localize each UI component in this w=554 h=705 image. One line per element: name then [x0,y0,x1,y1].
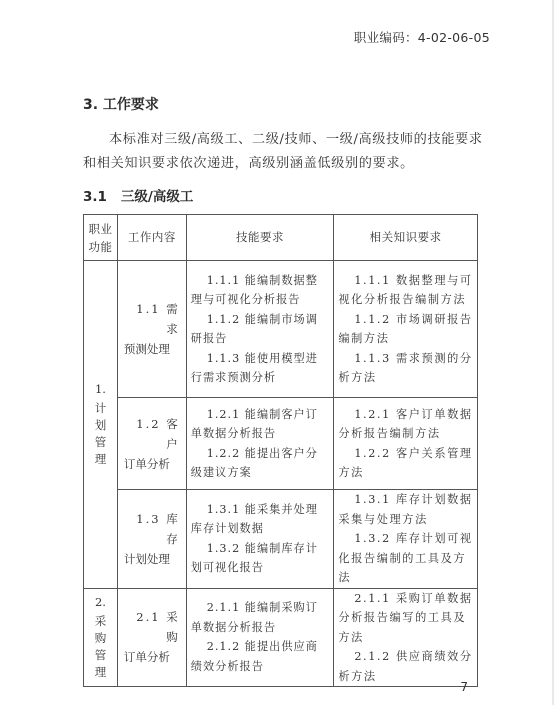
skill-item: 1.1.2 能编制市场调研报告 [191,310,330,349]
skills-cell: 1.2.1 能编制客户订单数据分析报告 1.2.2 能提出客户分级建议方案 [186,398,334,490]
knowledge-item: 1.3.1 库存计划数据采集与处理方法 [338,490,473,529]
knowledge-item: 1.2.1 客户订单数据分析报告编制方法 [338,405,473,444]
function-char: 管 [84,434,117,451]
requirements-table: 职业功能 工作内容 技能要求 相关知识要求 1. 计 划 管 理 1.1 需求 … [83,214,478,687]
table-row: 2. 采 购 管 理 2.1 采购 订单分析 2.1.1 能编制采购订单数据分析… [84,588,478,687]
knowledge-cell: 1.1.1 数据整理与可视化分析报告编制方法 1.1.2 市场调研报告编制方法 … [334,261,478,398]
work-content-cell: 1.2 客户 订单分析 [117,398,186,490]
table-header-row: 职业功能 工作内容 技能要求 相关知识要求 [84,215,478,261]
function-char: 管 [84,647,117,664]
function-char: 采 [84,613,117,630]
skill-item: 1.1.1 能编制数据整理与可视化分析报告 [191,271,330,310]
work-content-title: 1.2 客户 [124,414,180,454]
work-content-cell: 1.3 库存 计划处理 [117,490,186,589]
subsection-label: 三级/高级工 [121,189,193,205]
function-char: 购 [84,630,117,647]
work-content-title-rest: 订单分析 [124,454,180,474]
knowledge-cell: 1.2.1 客户订单数据分析报告编制方法 1.2.2 客户关系管理方法 [334,398,478,490]
skill-item: 1.1.3 能使用模型进行需求预测分析 [191,349,330,388]
knowledge-cell: 1.3.1 库存计划数据采集与处理方法 1.3.2 库存计划可视化报告编制的工具… [334,490,478,589]
skills-cell: 1.3.1 能采集并处理库存计划数据 1.3.2 能编制库存计划可视化报告 [186,490,334,589]
skills-cell: 2.1.1 能编制采购订单数据分析报告 2.1.2 能提出供应商绩效分析报告 [186,588,334,687]
work-content-title-rest: 预测处理 [124,339,180,359]
subsection-number: 3.1 [83,189,107,205]
skill-item: 1.2.1 能编制客户订单数据分析报告 [191,405,330,444]
work-content-cell: 1.1 需求 预测处理 [117,261,186,398]
function-cell-1: 1. 计 划 管 理 [84,261,118,589]
header-knowledge: 相关知识要求 [334,215,478,261]
intro-text: 本标准对三级/高级工、二级/技师、一级/高级技师的技能要求和相关知识要求依次递进… [83,128,483,176]
work-content-title: 1.1 需求 [124,299,180,339]
function-char: 划 [84,417,117,434]
function-number: 2. [84,594,117,611]
function-number: 1. [84,381,117,398]
intro-paragraph: 本标准对三级/高级工、二级/技师、一级/高级技师的技能要求和相关知识要求依次递进… [83,128,483,176]
function-cell-2: 2. 采 购 管 理 [84,588,118,687]
work-content-cell: 2.1 采购 订单分析 [117,588,186,687]
knowledge-item: 2.1.1 采购订单数据分析报告编写的工具及方法 [338,589,473,648]
knowledge-item: 1.2.2 客户关系管理方法 [338,444,473,483]
occupation-code: 职业编码：4-02-06-05 [354,28,490,46]
knowledge-item: 1.1.1 数据整理与可视化分析报告编制方法 [338,271,473,310]
knowledge-item: 1.3.2 库存计划可视化报告编制的工具及方法 [338,529,473,588]
skill-item: 2.1.2 能提出供应商绩效分析报告 [191,637,330,676]
work-content-title-rest: 计划处理 [124,549,180,569]
subsection-title: 3.1三级/高级工 [83,185,193,205]
page-number: 7 [460,680,468,694]
knowledge-item: 1.1.2 市场调研报告编制方法 [338,310,473,349]
skills-cell: 1.1.1 能编制数据整理与可视化分析报告 1.1.2 能编制市场调研报告 1.… [186,261,334,398]
function-char: 理 [84,664,117,681]
work-content-title-rest: 订单分析 [124,647,180,667]
skill-item: 1.2.2 能提出客户分级建议方案 [191,444,330,483]
skill-item: 1.3.1 能采集并处理库存计划数据 [191,500,330,539]
table-row: 1.2 客户 订单分析 1.2.1 能编制客户订单数据分析报告 1.2.2 能提… [84,398,478,490]
work-content-title: 1.3 库存 [124,509,180,549]
knowledge-item: 2.1.2 供应商绩效分析方法 [338,647,473,686]
knowledge-cell: 2.1.1 采购订单数据分析报告编写的工具及方法 2.1.2 供应商绩效分析方法 [334,588,478,687]
skill-item: 2.1.1 能编制采购订单数据分析报告 [191,598,330,637]
table-row: 1.3 库存 计划处理 1.3.1 能采集并处理库存计划数据 1.3.2 能编制… [84,490,478,589]
header-function: 职业功能 [84,215,118,261]
work-content-title: 2.1 采购 [124,607,180,647]
function-char: 理 [84,451,117,468]
header-skills: 技能要求 [186,215,334,261]
skill-item: 1.3.2 能编制库存计划可视化报告 [191,539,330,578]
knowledge-item: 1.1.3 需求预测的分析方法 [338,349,473,388]
table-row: 1. 计 划 管 理 1.1 需求 预测处理 1.1.1 能编制数据整理与可视化… [84,261,478,398]
section-title: 3. 工作要求 [83,94,159,114]
function-char: 计 [84,400,117,417]
header-content: 工作内容 [117,215,186,261]
